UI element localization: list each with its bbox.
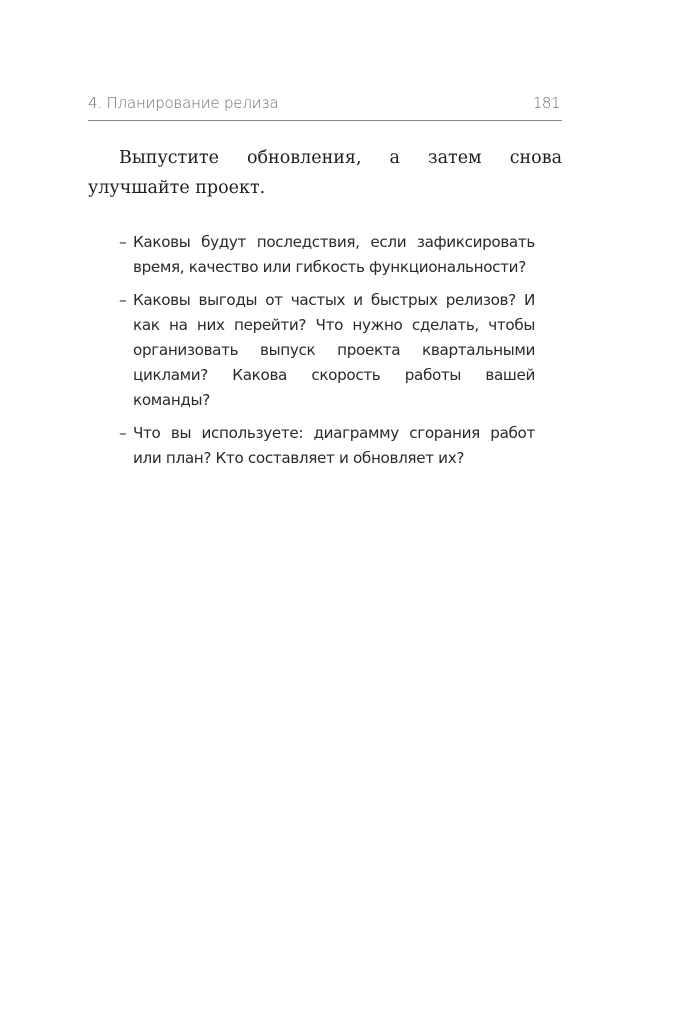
question-text: Каковы будут последствия, если зафиксиро… <box>133 233 535 276</box>
list-item: – Каковы выгоды от частых и быстрых рели… <box>119 288 535 413</box>
body-paragraph: Выпустите обновления, а затем снова улуч… <box>88 143 562 203</box>
running-header: 4. Планирование релиза 181 <box>88 92 562 121</box>
list-item: – Каковы будут последствия, если зафикси… <box>119 230 535 280</box>
question-text: Что вы используете: диаграмму сгорания р… <box>133 424 535 467</box>
page-number: 181 <box>533 94 560 112</box>
dash-bullet: – <box>119 288 126 313</box>
book-page: 4. Планирование релиза 181 Выпустите обн… <box>0 0 696 1024</box>
chapter-title: 4. Планирование релиза <box>88 94 278 112</box>
list-item: – Что вы используете: диаграмму сгорания… <box>119 421 535 471</box>
dash-bullet: – <box>119 421 126 446</box>
question-list: – Каковы будут последствия, если зафикси… <box>119 230 535 479</box>
dash-bullet: – <box>119 230 126 255</box>
question-text: Каковы выгоды от частых и быстрых релизо… <box>133 291 535 409</box>
